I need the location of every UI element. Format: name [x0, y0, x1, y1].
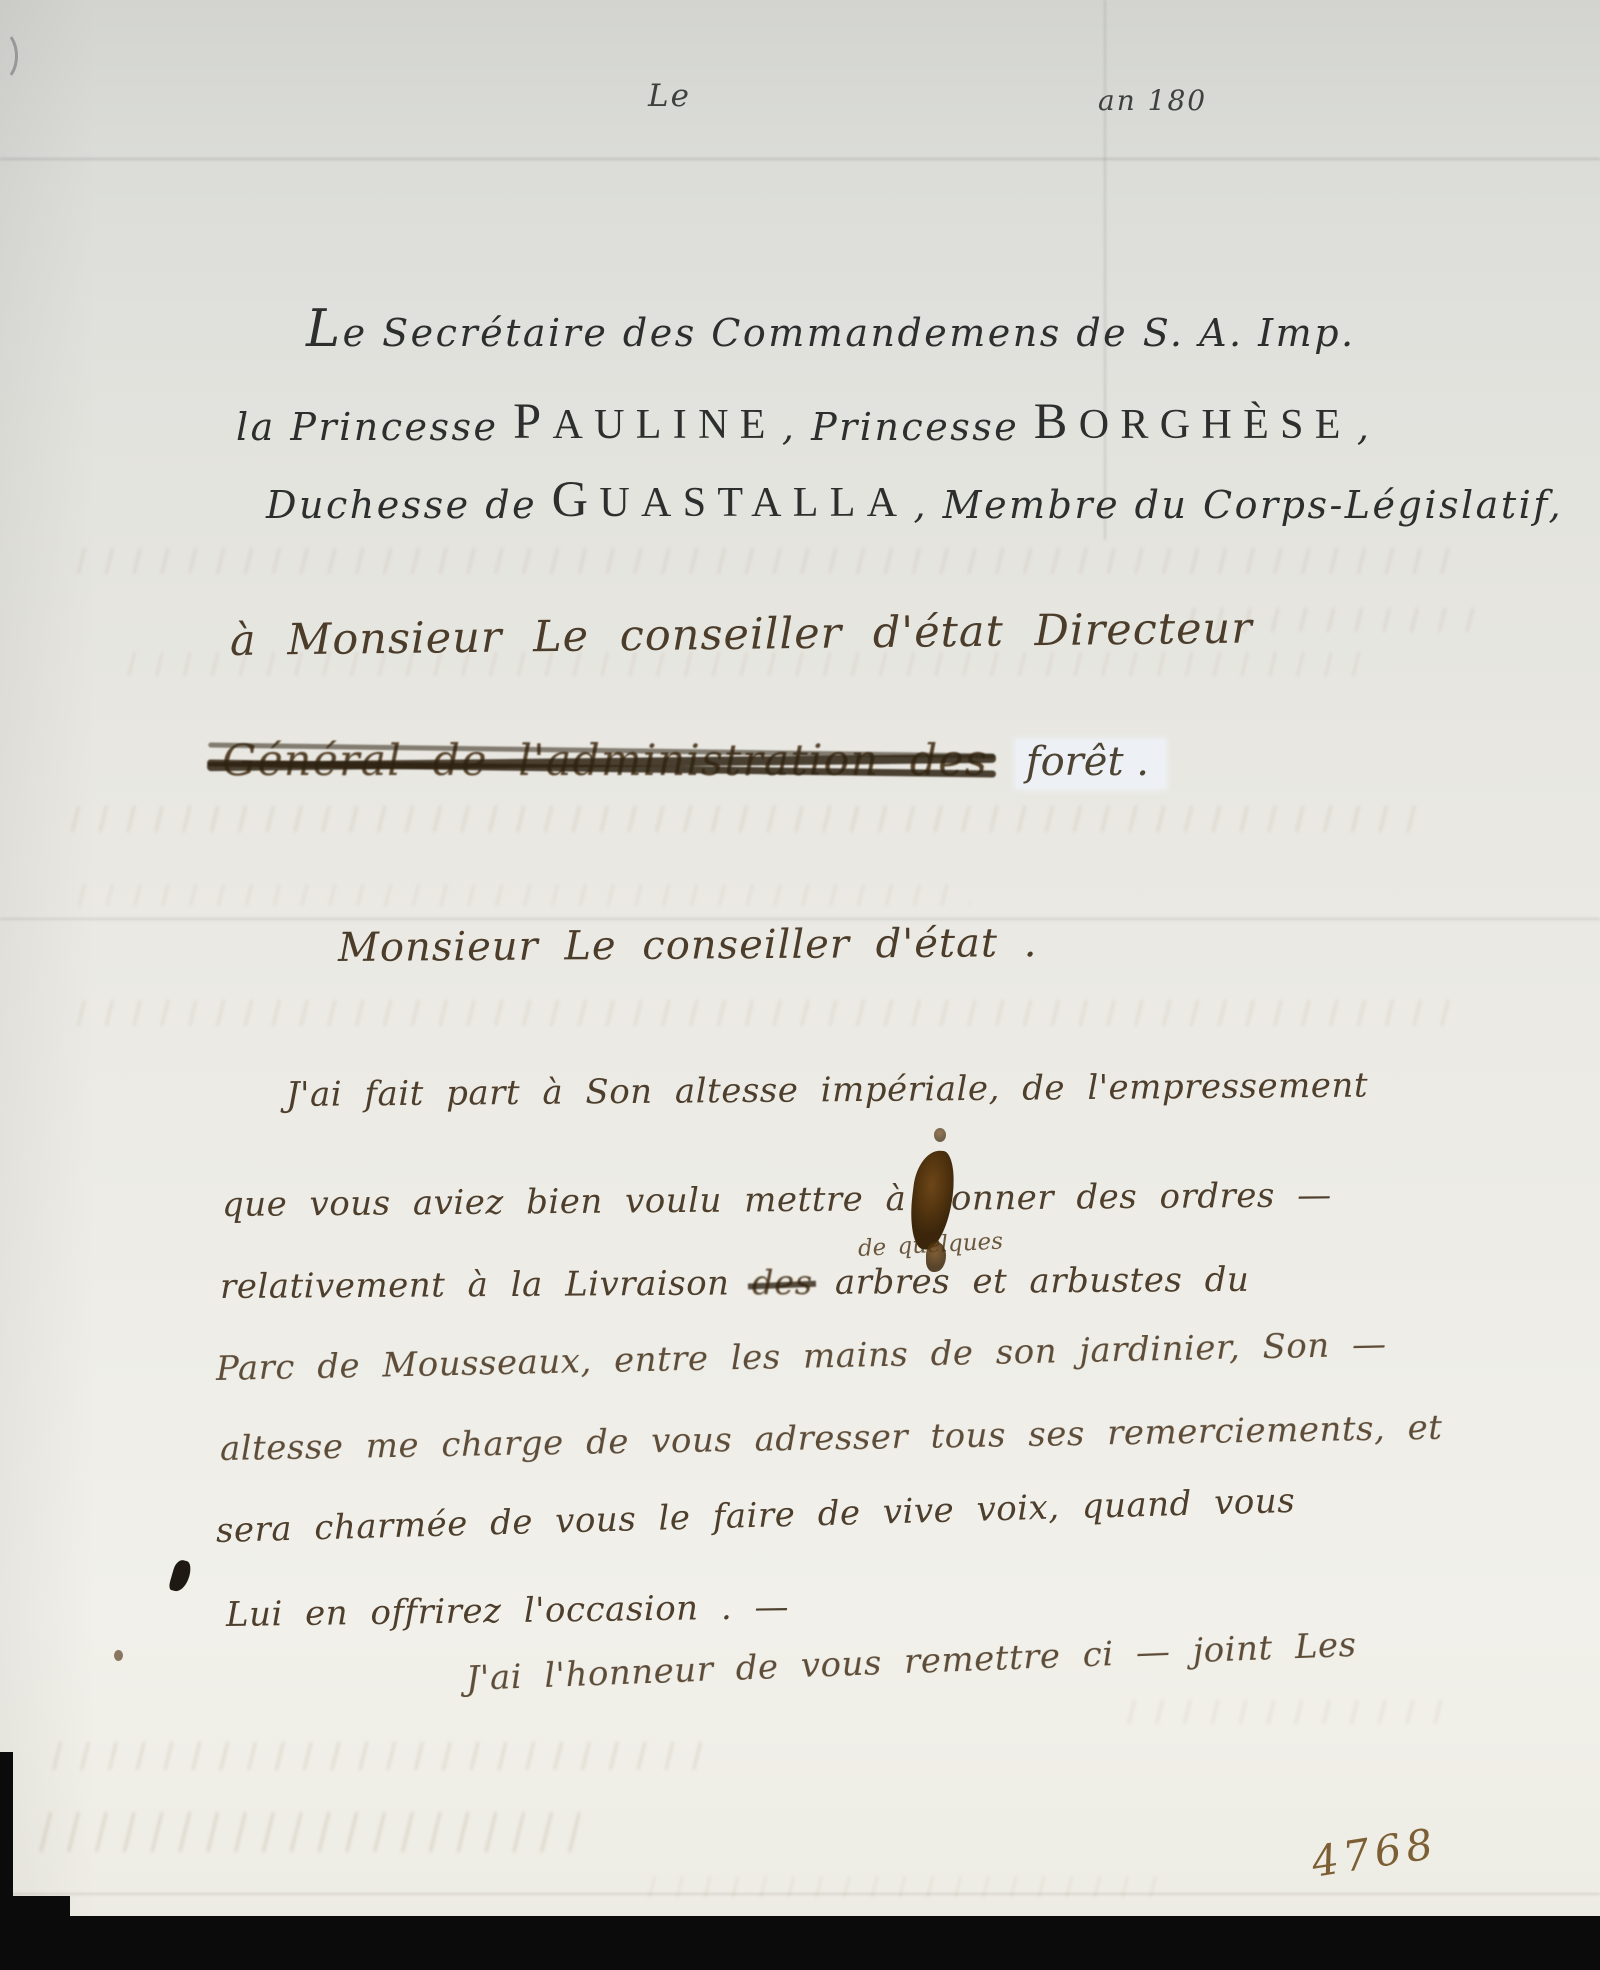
- letterhead-line2-script1: la Princesse: [236, 405, 513, 449]
- letterhead-family-name: BORGHÈSE: [1034, 396, 1352, 446]
- bleedthrough-writing: [70, 884, 970, 906]
- fold-crease-top: [0, 158, 1600, 160]
- ink-blot-speck: [934, 1128, 946, 1142]
- bleedthrough-writing: [46, 1742, 706, 1770]
- small-stain: [114, 1650, 123, 1661]
- letterhead-duchy-name: GUASTALLA: [552, 474, 909, 524]
- bleedthrough-signature: [36, 1812, 596, 1852]
- letterhead-line2: la Princesse PAULINE , Princesse BORGHÈS…: [236, 398, 1371, 448]
- ink-comma-mark: [168, 1558, 193, 1593]
- struck-text: Général de l'administration des: [222, 740, 988, 783]
- letterhead-line2-script3: ,: [1357, 405, 1372, 449]
- fold-crease-middle: [0, 918, 1600, 920]
- letterhead-line2-script2: , Princesse: [782, 405, 1034, 449]
- body-line-4: Parc de Mousseaux, entre les mains de so…: [216, 1327, 1387, 1386]
- pencil-arc-mark: [0, 30, 18, 82]
- bleedthrough-writing: [1120, 1700, 1460, 1724]
- struck-address-line: Général de l'administration desforêt .: [222, 740, 1165, 788]
- top-left-fragment: Le: [648, 78, 691, 114]
- body-line-2: que vous aviez bien voulu mettre à donne…: [222, 1178, 1332, 1222]
- bleedthrough-writing: [70, 548, 1450, 574]
- scan-border-corner: [0, 1896, 70, 1970]
- top-right-fragment: an 180: [1098, 84, 1207, 117]
- scan-border-bottom: [0, 1916, 1600, 1970]
- body-line-1: J'ai fait part à Son altesse impériale, …: [286, 1069, 1368, 1112]
- body-line-6: sera charmée de vous le faire de vive vo…: [216, 1484, 1296, 1548]
- patched-word: forêt .: [1016, 740, 1165, 788]
- body-line-8: J'ai l'honneur de vous remettre ci — joi…: [465, 1628, 1357, 1696]
- letterhead-princess-name: PAULINE: [513, 396, 777, 446]
- letter-scan-page: Le an 180 Le Secrétaire des Commandemens…: [0, 0, 1600, 1970]
- archive-number: 4768: [1309, 1822, 1441, 1883]
- letterhead-line3-script1: Duchesse de: [266, 483, 552, 527]
- letterhead-line3: Duchesse de GUASTALLA , Membre du Corps-…: [266, 476, 1563, 526]
- body-line-3: relativement à la Livraison des arbres e…: [220, 1263, 1250, 1304]
- body-line-7: Lui en offrirez l'occasion . —: [226, 1590, 789, 1632]
- body-line-3-pre: relativement à la Livraison: [220, 1263, 752, 1307]
- letterhead-line3-script2: , Membre du Corps-Législatif,: [914, 483, 1564, 527]
- fold-crease-vertical: [1104, 0, 1106, 540]
- body-line-3-post: arbres et arbustes du: [813, 1260, 1250, 1303]
- body-line-3-struck: des: [752, 1266, 813, 1300]
- letterhead-line1: Le Secrétaire des Commandemens de S. A. …: [306, 304, 1356, 355]
- salutation-line: Monsieur Le conseiller d'état .: [338, 923, 1038, 968]
- bleedthrough-writing: [64, 806, 1424, 832]
- bleedthrough-writing: [70, 1000, 1450, 1026]
- address-line: à Monsieur Le conseiller d'état Directeu…: [230, 608, 1253, 663]
- body-line-5: altesse me charge de vous adresser tous …: [220, 1411, 1443, 1466]
- bleedthrough-writing: [640, 1876, 1160, 1898]
